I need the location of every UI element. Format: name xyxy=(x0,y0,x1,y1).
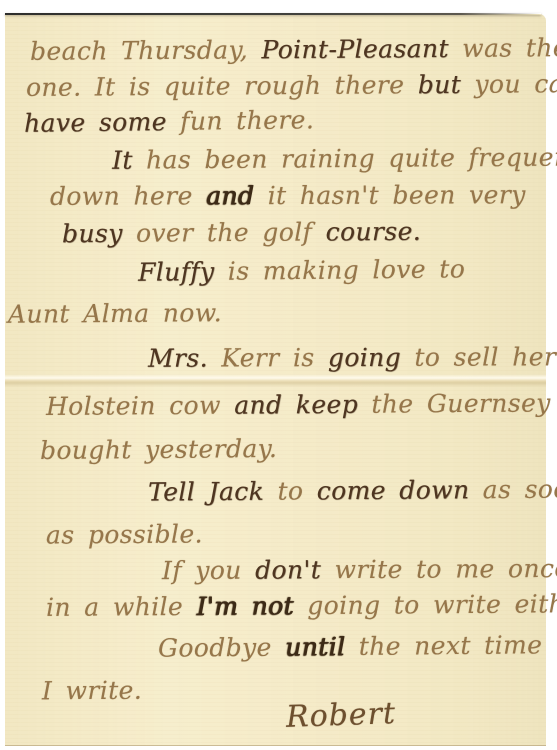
letter-line-segment: one. It is quite rough there xyxy=(26,70,418,102)
letter-line-segment: Goodbye xyxy=(158,633,285,663)
letter-line-segment: has been raining quite frequently xyxy=(133,142,557,174)
signature: Robert xyxy=(285,696,396,735)
letter-line-segment: busy xyxy=(62,219,123,248)
letter-line-segment: as possible. xyxy=(46,519,203,549)
letter-line-segment: and xyxy=(206,181,254,210)
letter-line-segment: down here xyxy=(50,181,206,211)
letter-line-segment: the Guernsey she xyxy=(358,388,557,419)
letter-line-segment: beach Thursday, xyxy=(30,35,262,66)
letter-line: It has been raining quite frequently xyxy=(112,143,557,174)
letter-line: busy over the golf course. xyxy=(62,218,421,248)
letter-line-segment: was the xyxy=(449,33,557,63)
letter-line: Holstein cow and keep the Guernsey she xyxy=(46,389,557,420)
letter-line: in a while I'm not going to write either… xyxy=(46,590,557,621)
letter-line: have some fun there. xyxy=(24,106,315,137)
letter-line-segment: going xyxy=(328,343,401,372)
letter-line-segment: in a while xyxy=(46,592,197,622)
letter-line: beach Thursday, Point-Pleasant was the xyxy=(30,34,557,65)
letter-line-segment: Holstein cow xyxy=(46,391,234,421)
letter-line-segment: as soon xyxy=(469,474,557,504)
letter-line-segment: the next time xyxy=(345,630,542,661)
letter-line-segment: going to write either. xyxy=(294,589,557,620)
letter-line-segment: have some xyxy=(24,107,167,138)
letter-line-segment: you can xyxy=(461,69,557,99)
letter-line: Aunt Alma now. xyxy=(8,299,222,328)
letter-line-segment: come down xyxy=(317,475,470,505)
letter-line-segment: to xyxy=(264,476,317,505)
paper-fold-crease xyxy=(5,374,546,387)
letter-line: If you don't write to me once xyxy=(162,555,557,585)
letter-line: I write. xyxy=(42,677,142,705)
letter-line: Fluffy is making love to xyxy=(138,255,466,286)
letter-line-segment: but xyxy=(418,70,462,99)
letter-line-segment: Mrs. xyxy=(148,344,208,373)
letter-line-segment: is making love to xyxy=(214,254,465,286)
letter-line-segment: over the golf xyxy=(123,217,326,247)
letter-line-segment: I'm not xyxy=(196,591,294,621)
letter-line-segment: Fluffy xyxy=(138,257,215,287)
scanned-letter-page: beach Thursday, Point-Pleasant was the o… xyxy=(0,0,557,750)
letter-line-segment: Kerr is xyxy=(208,343,328,372)
letter-line-segment: fun there. xyxy=(167,105,315,136)
letter-line-segment: to sell her xyxy=(401,342,556,372)
letter-line-segment: Aunt Alma now. xyxy=(8,298,222,328)
letter-line-segment: don't xyxy=(255,555,321,584)
letter-line-segment: write to me once xyxy=(321,554,557,584)
letter-line-segment: If you xyxy=(162,556,255,585)
letter-line: bought yesterday. xyxy=(40,435,277,465)
paper-top-edge xyxy=(5,13,541,15)
letter-line-segment: course. xyxy=(326,217,422,247)
letter-line-segment: until xyxy=(285,632,346,662)
letter-line: Tell Jack to come down as soon xyxy=(148,475,557,506)
letter-line-segment: I write. xyxy=(42,676,142,706)
letter-line: Goodbye until the next time xyxy=(158,631,543,662)
letter-line: as possible. xyxy=(46,520,203,549)
letter-line: one. It is quite rough there but you can xyxy=(26,70,557,101)
letter-line-segment: and keep xyxy=(234,390,358,420)
letter-line-segment: Tell Jack xyxy=(148,477,264,507)
letter-line-segment: it hasn't been very xyxy=(254,180,525,210)
letter-line: Mrs. Kerr is going to sell her xyxy=(148,343,556,372)
letter-line-segment: It xyxy=(112,146,133,175)
letter-line: down here and it hasn't been very xyxy=(50,181,526,210)
letter-line-segment: Point-Pleasant xyxy=(261,34,449,64)
letter-line-segment: bought yesterday. xyxy=(40,434,278,465)
